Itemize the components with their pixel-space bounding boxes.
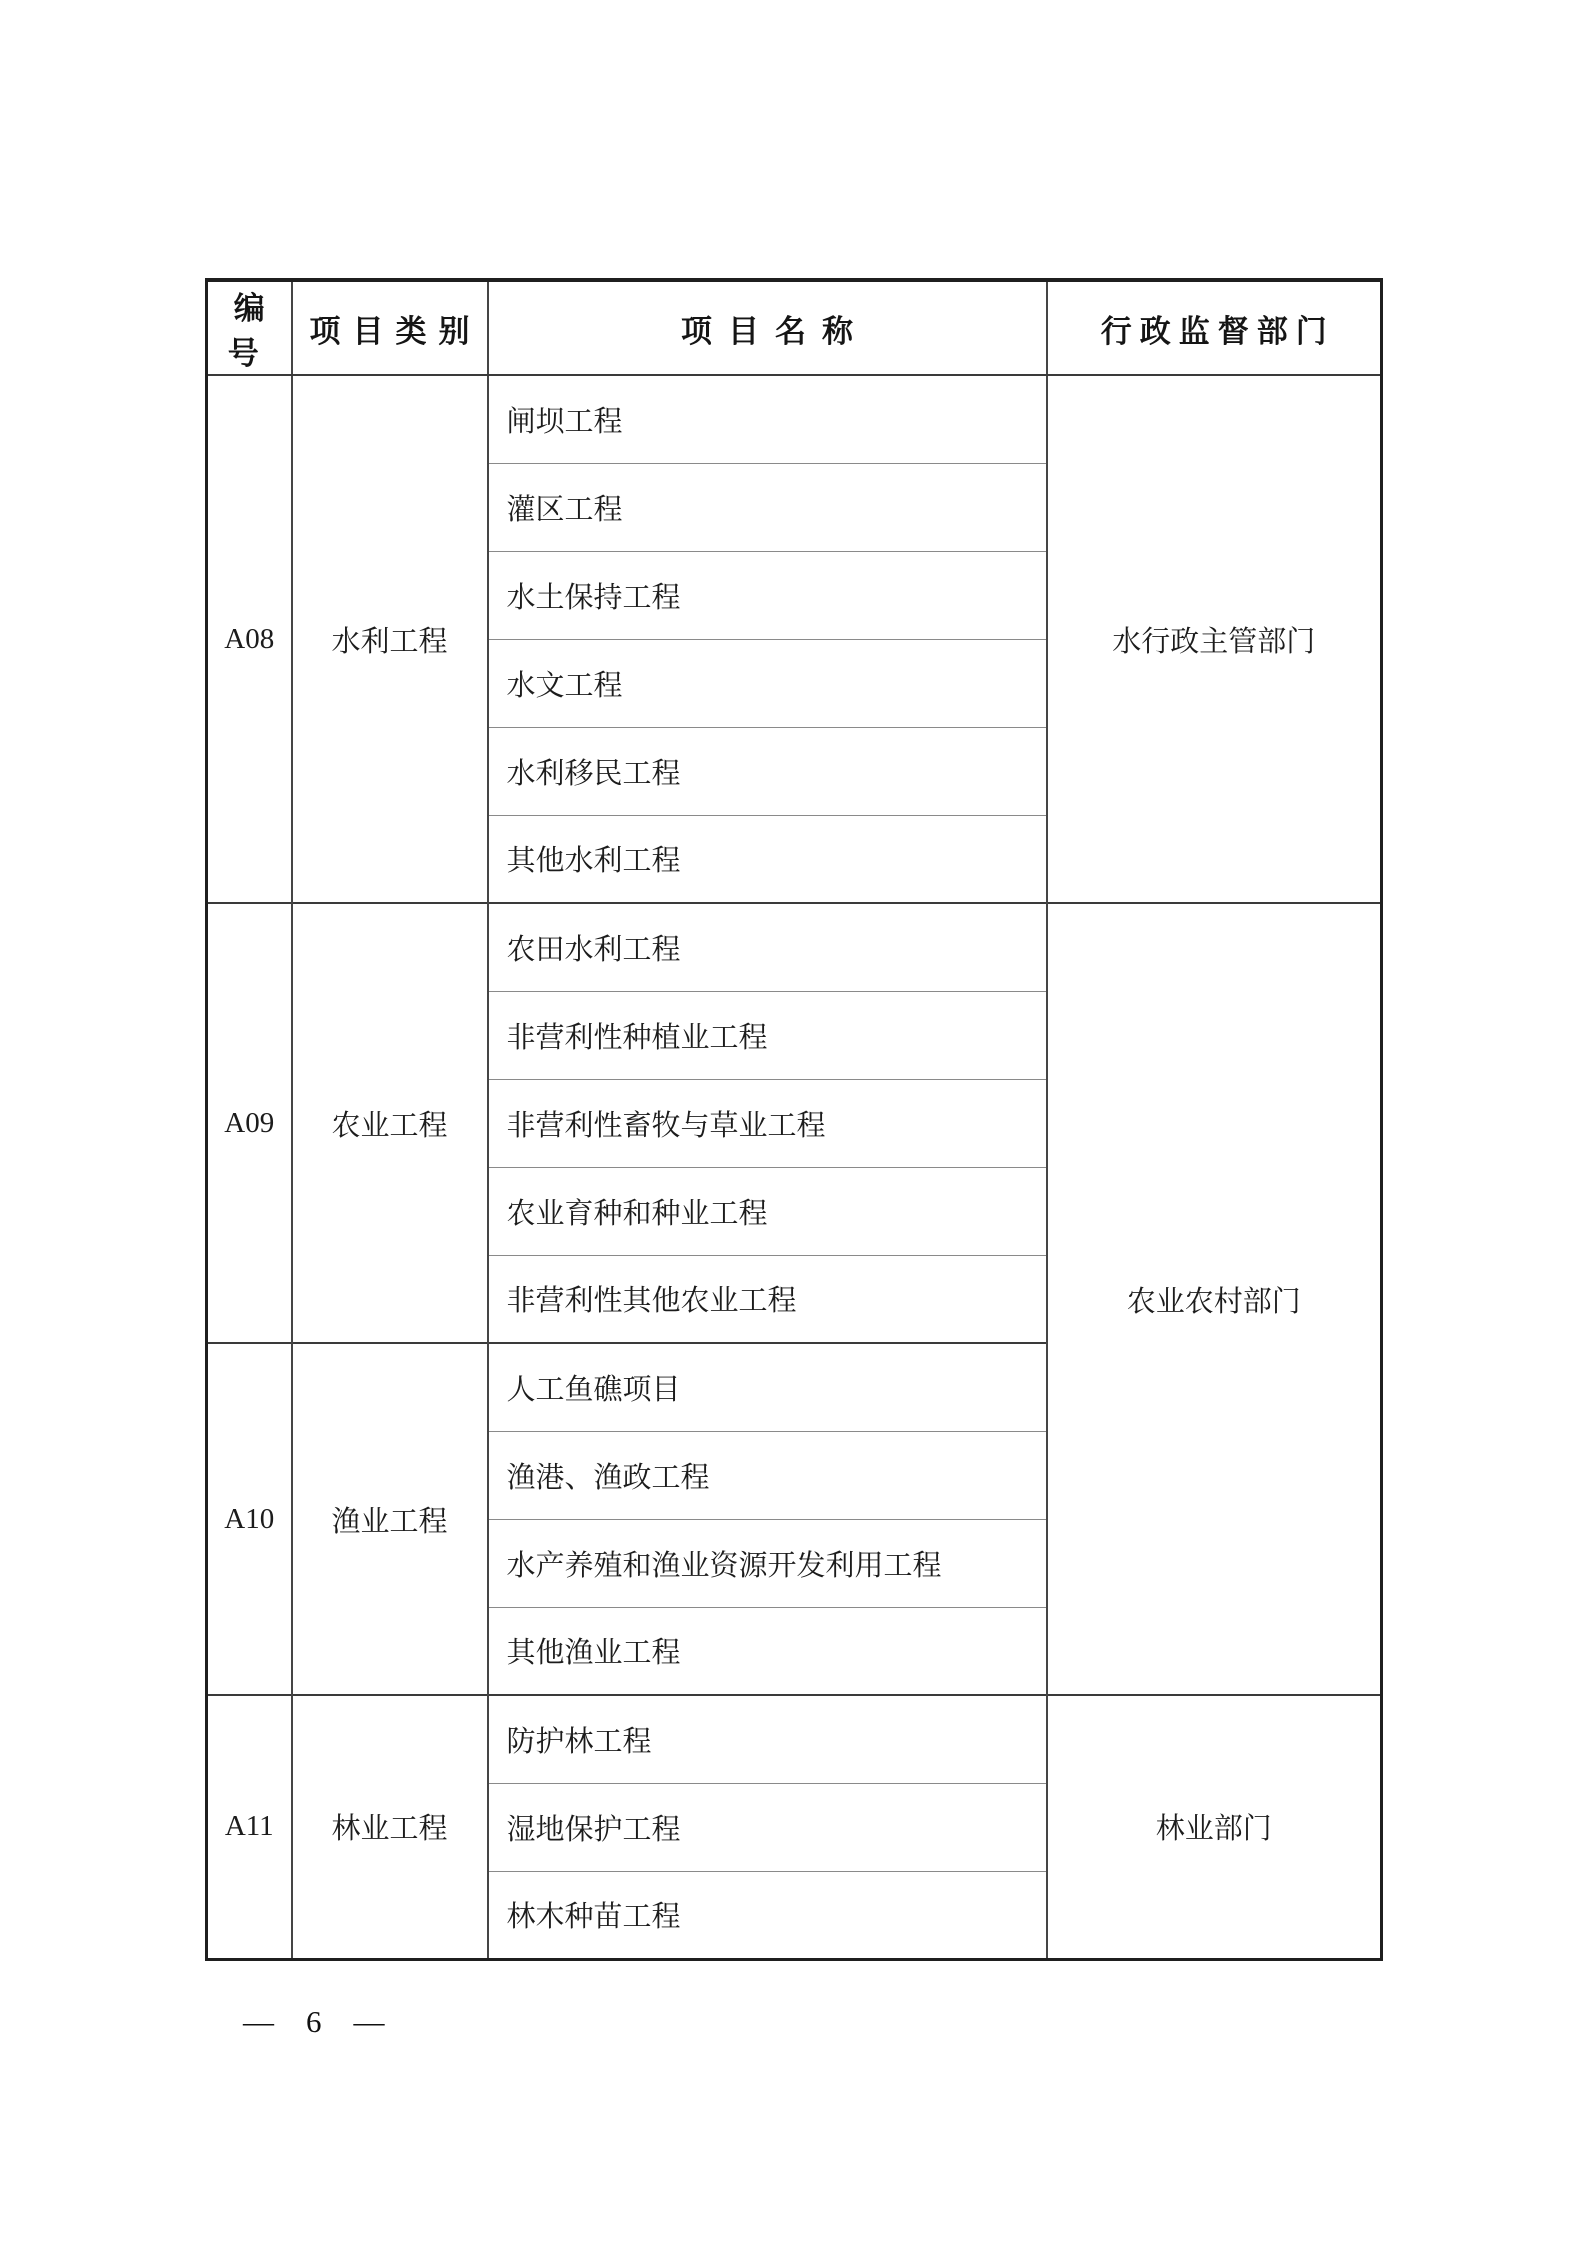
category-cell-a08: 水利工程 — [292, 375, 488, 903]
category-cell-a09: 农业工程 — [292, 903, 488, 1343]
project-name-cell: 农田水利工程 — [488, 903, 1047, 991]
code-cell-a09: A09 — [207, 903, 292, 1343]
project-name-cell: 水利移民工程 — [488, 727, 1047, 815]
project-name-cell: 湿地保护工程 — [488, 1783, 1047, 1871]
header-cell-department: 行政监督部门 — [1047, 280, 1382, 375]
project-name-cell: 非营利性种植业工程 — [488, 991, 1047, 1079]
project-name-cell: 闸坝工程 — [488, 375, 1047, 463]
project-name-cell: 其他渔业工程 — [488, 1607, 1047, 1695]
project-name-cell: 水文工程 — [488, 639, 1047, 727]
project-name-cell: 灌区工程 — [488, 463, 1047, 551]
project-name-cell: 水产养殖和渔业资源开发利用工程 — [488, 1519, 1047, 1607]
project-category-table: 编号 项目类别 项目名称 行政监督部门 A08 水利工程 闸坝工程 水行政主管部… — [205, 278, 1383, 1961]
project-name-cell: 水土保持工程 — [488, 551, 1047, 639]
page-footer: — 6 — — [243, 2002, 385, 2042]
table-row: A09 农业工程 农田水利工程 农业农村部门 — [207, 903, 1382, 991]
table-header-row: 编号 项目类别 项目名称 行政监督部门 — [207, 280, 1382, 375]
project-name-cell: 防护林工程 — [488, 1695, 1047, 1783]
project-name-cell: 人工鱼礁项目 — [488, 1343, 1047, 1431]
category-cell-a11: 林业工程 — [292, 1695, 488, 1959]
category-cell-a10: 渔业工程 — [292, 1343, 488, 1695]
project-category-table-wrap: 编号 项目类别 项目名称 行政监督部门 A08 水利工程 闸坝工程 水行政主管部… — [205, 278, 1383, 1961]
project-name-cell: 农业育种和种业工程 — [488, 1167, 1047, 1255]
project-name-cell: 非营利性其他农业工程 — [488, 1255, 1047, 1343]
document-page: 编号 项目类别 项目名称 行政监督部门 A08 水利工程 闸坝工程 水行政主管部… — [0, 0, 1587, 2245]
project-name-cell: 渔港、渔政工程 — [488, 1431, 1047, 1519]
table-row: A11 林业工程 防护林工程 林业部门 — [207, 1695, 1382, 1783]
footer-right-dash: — — [354, 2004, 385, 2040]
page-number: 6 — [306, 2004, 322, 2040]
department-cell-a08: 水行政主管部门 — [1047, 375, 1382, 903]
department-cell-a11: 林业部门 — [1047, 1695, 1382, 1959]
header-cell-name: 项目名称 — [488, 280, 1047, 375]
header-cell-code: 编号 — [207, 280, 292, 375]
footer-left-dash: — — [243, 2004, 274, 2040]
project-name-cell: 其他水利工程 — [488, 815, 1047, 903]
code-cell-a08: A08 — [207, 375, 292, 903]
project-name-cell: 非营利性畜牧与草业工程 — [488, 1079, 1047, 1167]
table-row: A08 水利工程 闸坝工程 水行政主管部门 — [207, 375, 1382, 463]
code-cell-a11: A11 — [207, 1695, 292, 1959]
project-name-cell: 林木种苗工程 — [488, 1871, 1047, 1959]
header-cell-category: 项目类别 — [292, 280, 488, 375]
department-cell-a09-a10: 农业农村部门 — [1047, 903, 1382, 1695]
code-cell-a10: A10 — [207, 1343, 292, 1695]
